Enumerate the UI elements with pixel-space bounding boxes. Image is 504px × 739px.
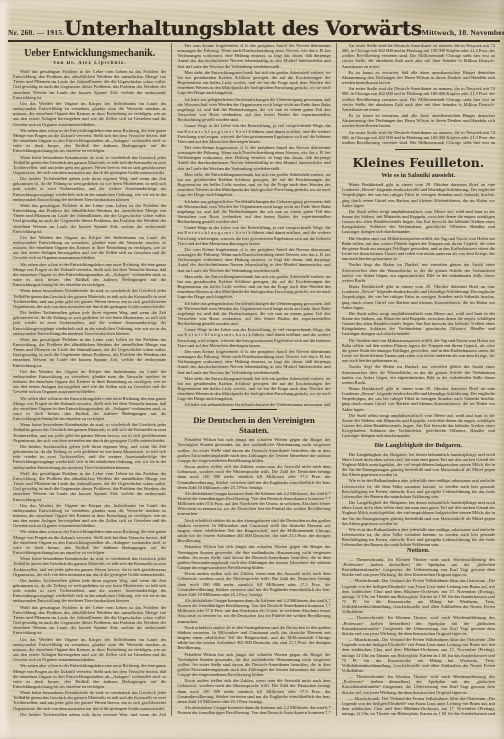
article-title-deutsche-usa: Die Deutschen in den Vereinigten Staaten… — [177, 415, 330, 435]
body-paragraph: Wenn keine besonderen Keimbezirke da sin… — [13, 556, 166, 577]
feuilleton-title: Kleines Feuilleton. — [342, 156, 495, 170]
body-paragraph: — Theaterchronik. Im Kleinen Theater wir… — [342, 557, 495, 578]
body-paragraph: Maria Bashkirtseff gibt in einem vom 29.… — [342, 182, 495, 208]
body-paragraph: Wir sehen aber schon in der Entwicklungs… — [13, 128, 166, 154]
body-paragraph: Die Stadt selbst steigt amphitheatralisc… — [342, 311, 495, 337]
column-layout: Ueber Entwicklungsmechanik. Von Dr. Alex… — [8, 43, 500, 716]
body-paragraph: Um das Werden der Organe im Körper des I… — [13, 503, 166, 529]
masthead-rule — [8, 40, 500, 42]
feuilleton-sub-notizen: Notizen. — [342, 547, 495, 555]
body-paragraph: An erster Stelle sind die Deutsch-Amerik… — [342, 86, 495, 112]
body-paragraph: — Musikchronik. Der Verband der Freien V… — [342, 696, 495, 716]
body-paragraph: Man sieht, die Entwicklungsmechanik hat … — [177, 70, 330, 96]
body-paragraph: Noch erheblich stärker als in den Staats… — [177, 518, 330, 544]
section-divider — [395, 149, 441, 150]
body-paragraph: — Theaterchronik. Im Kleinen Theater wir… — [342, 674, 495, 695]
body-paragraph: Die Straßen sind von Militärtransporten … — [342, 440, 495, 441]
body-paragraph: Ganze Wege in der Lehre von der Entwickl… — [177, 327, 330, 348]
body-paragraph: Ganze Wege in der Lehre von der Entwickl… — [177, 225, 330, 246]
feuilleton-sub-saloniki: Wie es in Saloniki aussieht. — [342, 172, 495, 180]
body-paragraph: — Musikchronik. Der Verband der Freien V… — [342, 637, 495, 673]
body-paragraph: Maria Bashkirtseff gibt in einem vom 29.… — [342, 386, 495, 412]
feuilleton-body-bulgaren: Die Langlebigkeit der Bulgaren, bei dene… — [342, 452, 495, 546]
body-paragraph: Wir sehen aber schon in der Entwicklungs… — [13, 663, 166, 689]
feuilleton-body-notizen: — Theaterchronik. Im Kleinen Theater wir… — [342, 557, 495, 716]
issue-number: Nr. 260. — 1915. — [8, 28, 64, 39]
body-paragraph: Als drittstärkste Gruppe kommen dann die… — [177, 598, 330, 624]
article-body: Präsident Wilson hat sich jüngst mit sch… — [177, 437, 330, 716]
body-paragraph: Der vom Keime losgetrennte, d. h. der pe… — [177, 145, 330, 171]
body-paragraph: Wie es in den Balkanländern aber jedenfa… — [342, 478, 495, 499]
body-paragraph: Ich habe aus gelegentlichen Veröffentlic… — [177, 402, 330, 406]
body-paragraph: Die beiden Tochterzellen gehen jede ihre… — [13, 176, 166, 202]
body-paragraph: Die Stadt selbst steigt amphitheatralisc… — [342, 209, 495, 235]
body-paragraph: Um das Werden der Organe im Körper des I… — [13, 637, 166, 663]
body-paragraph: Nachts liegt der Hafen im Dunkel, nur zu… — [342, 364, 495, 385]
body-paragraph: Wenn keine besonderen Keimbezirke da sin… — [13, 690, 166, 711]
body-paragraph: Wir sehen aber schon in der Entwicklungs… — [13, 396, 166, 422]
body-paragraph: Als drittstärkste Gruppe kommen dann die… — [177, 705, 330, 716]
body-paragraph: Die beiden Tochterzellen gehen jede ihre… — [13, 444, 166, 470]
body-paragraph: Ich habe aus gelegentlichen Veröffentlic… — [177, 301, 330, 327]
body-paragraph: Wenn keine besonderen Keimbezirke da sin… — [13, 155, 166, 176]
body-paragraph: Als drittstärkste Gruppe kommen dann die… — [177, 491, 330, 517]
body-paragraph: Die beiden Tochterzellen gehen jede ihre… — [13, 310, 166, 336]
body-paragraph: Etwas anders stellen sich die Zahlen, we… — [177, 678, 330, 704]
issue-date: Mittwoch, 10. November. — [422, 28, 504, 39]
body-paragraph: Der vom Keime losgetrennte, d. h. der pe… — [177, 43, 330, 69]
body-paragraph: Die Straßen sind von Militärtransporten … — [342, 236, 495, 262]
body-paragraph: — Musikchronik. Der Verband der Freien V… — [342, 578, 495, 614]
article-byline: Von Dr. Alex Lipschütz. — [13, 60, 166, 67]
body-paragraph: Die beiden Tochterzellen gehen jede ihre… — [13, 578, 166, 604]
body-paragraph: Die Langlebigkeit der Bulgaren, bei dene… — [342, 452, 495, 478]
body-paragraph: Der vom Keime losgetrennte, d. h. der pe… — [177, 247, 330, 273]
body-paragraph: Ganze Wege in der Lehre von der Entwickl… — [177, 123, 330, 144]
body-paragraph: Wir sehen aber schon in der Entwicklungs… — [13, 529, 166, 555]
newspaper-page: Nr. 260. — 1915. Unterhaltungsblatt des … — [0, 0, 504, 739]
feuilleton-sub-bulgaren: Die Langlebigkeit der Bulgaren. — [342, 442, 495, 450]
body-paragraph: Maria Bashkirtseff gibt in einem vom 29.… — [342, 284, 495, 310]
body-paragraph: Wohl das gewaltigste Problem in der Lehr… — [13, 337, 166, 368]
body-paragraph: Präsident Wilson hat sich jüngst mit sch… — [177, 652, 330, 678]
body-paragraph: Die Straßen sind von Militärtransporten … — [342, 338, 495, 364]
body-paragraph: Präsident Wilson hat sich jüngst mit sch… — [177, 437, 330, 463]
body-paragraph: Wohl das gewaltigste Problem in der Lehr… — [13, 203, 166, 234]
body-paragraph: Die Stadt selbst steigt amphitheatralisc… — [342, 413, 495, 439]
body-paragraph: Etwas anders stellen sich die Zahlen, we… — [177, 571, 330, 597]
body-paragraph: Man sieht, die Entwicklungsmechanik hat … — [177, 172, 330, 198]
body-paragraph: Wohl das gewaltigste Problem in der Lehr… — [13, 69, 166, 100]
article-body-continuation: An erster Stelle sind die Deutsch-Amerik… — [342, 43, 495, 146]
section-divider — [231, 409, 277, 410]
article-body: Wohl das gewaltigste Problem in der Lehr… — [13, 69, 166, 716]
masthead: Nr. 260. — 1915. Unterhaltungsblatt des … — [8, 13, 500, 39]
body-paragraph: Man sieht, die Entwicklungsmechanik hat … — [177, 376, 330, 402]
body-paragraph: — Theaterchronik. Im Kleinen Theater wir… — [342, 615, 495, 636]
body-paragraph: An erster Stelle sind die Deutsch-Amerik… — [342, 43, 495, 69]
body-paragraph: Der vom Keime losgetrennte, d. h. der pe… — [177, 349, 330, 375]
body-paragraph: Präsident Wilson hat sich jüngst mit sch… — [177, 544, 330, 570]
body-paragraph: Ich habe aus gelegentlichen Veröffentlic… — [177, 199, 330, 225]
article-body-continuation: Der vom Keime losgetrennte, d. h. der pe… — [177, 43, 330, 406]
body-paragraph: Die Langlebigkeit der Bulgaren, bei dene… — [342, 500, 495, 526]
body-paragraph: Es ist kaum zu erwarten, daß alle diese … — [342, 70, 495, 85]
body-paragraph: Etwas anders stellen sich die Zahlen, we… — [177, 464, 330, 490]
body-paragraph: An erster Stelle sind die Deutsch-Amerik… — [342, 130, 495, 147]
body-paragraph: Ich habe aus gelegentlichen Veröffentlic… — [177, 97, 330, 123]
body-paragraph: Um das Werden der Organe im Körper des I… — [13, 235, 166, 261]
body-paragraph: Es ist kaum zu erwarten, daß alle diese … — [342, 113, 495, 128]
body-paragraph: Noch erheblich stärker als in den Staats… — [177, 625, 330, 651]
body-paragraph: Nachts liegt der Hafen im Dunkel, nur zu… — [342, 262, 495, 283]
body-paragraph: Wohl das gewaltigste Problem in der Lehr… — [13, 471, 166, 502]
body-paragraph: Wenn keine besonderen Keimbezirke da sin… — [13, 288, 166, 309]
column-right: An erster Stelle sind die Deutsch-Amerik… — [336, 43, 500, 716]
article-title-entwicklungsmechanik: Ueber Entwicklungsmechanik. — [13, 48, 166, 59]
body-paragraph: Um das Werden der Organe im Körper des I… — [13, 369, 166, 395]
body-paragraph: Wie es in den Balkanländern aber jedenfa… — [342, 527, 495, 546]
body-paragraph: Man sieht, die Entwicklungsmechanik hat … — [177, 274, 330, 300]
newspaper-title: Unterhaltungsblatt des Vorwärts — [64, 17, 422, 39]
body-paragraph: Die beiden Tochterzellen gehen jede ihre… — [13, 712, 166, 716]
body-paragraph: Wenn keine besonderen Keimbezirke da sin… — [13, 422, 166, 443]
feuilleton-body-saloniki: Maria Bashkirtseff gibt in einem vom 29.… — [342, 182, 495, 441]
column-middle: Der vom Keime losgetrennte, d. h. der pe… — [171, 43, 335, 716]
body-paragraph: Wir sehen aber schon in der Entwicklungs… — [13, 262, 166, 288]
body-paragraph: Um das Werden der Organe im Körper des I… — [13, 101, 166, 127]
body-paragraph: Wohl das gewaltigste Problem in der Lehr… — [13, 605, 166, 636]
column-left: Ueber Entwicklungsmechanik. Von Dr. Alex… — [8, 43, 171, 716]
